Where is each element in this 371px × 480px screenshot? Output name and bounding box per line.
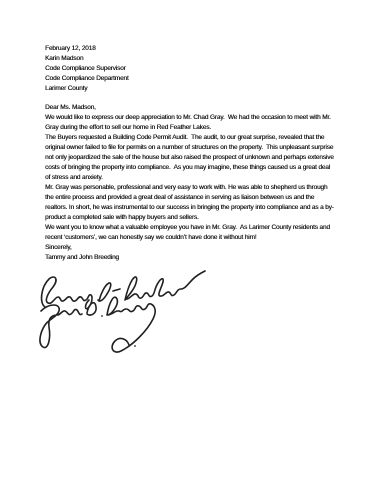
paragraph-4: We want you to know what a valuable empl… <box>45 223 335 243</box>
paragraph-2: The Buyers requested a Building Code Per… <box>45 133 335 183</box>
signature-tammy-breeding <box>42 271 205 309</box>
paragraph-3: Mr. Gray was personable, professional an… <box>45 183 335 223</box>
signature-john-breeding <box>40 297 155 352</box>
recipient-title: Code Compliance Supervisor <box>45 64 335 74</box>
recipient-organization: Larimer County <box>45 84 335 94</box>
letter-content: February 12, 2018 Karin Madson Code Comp… <box>45 44 335 359</box>
recipient-department: Code Compliance Department <box>45 74 335 84</box>
letter-date: February 12, 2018 <box>45 44 335 54</box>
letter-document: February 12, 2018 Karin Madson Code Comp… <box>0 0 371 480</box>
signature-line: Tammy and John Breeding <box>45 253 335 263</box>
signature-ink-dot <box>134 345 136 347</box>
handwritten-signatures <box>35 267 225 359</box>
paragraph-1: We would like to express our deep apprec… <box>45 113 335 133</box>
recipient-block: Karin Madson Code Compliance Supervisor … <box>45 54 335 94</box>
salutation: Dear Ms. Madson, <box>45 103 335 113</box>
recipient-name: Karin Madson <box>45 54 335 64</box>
signature-ink-dot <box>101 315 103 317</box>
closing: Sincerely, <box>45 243 335 253</box>
